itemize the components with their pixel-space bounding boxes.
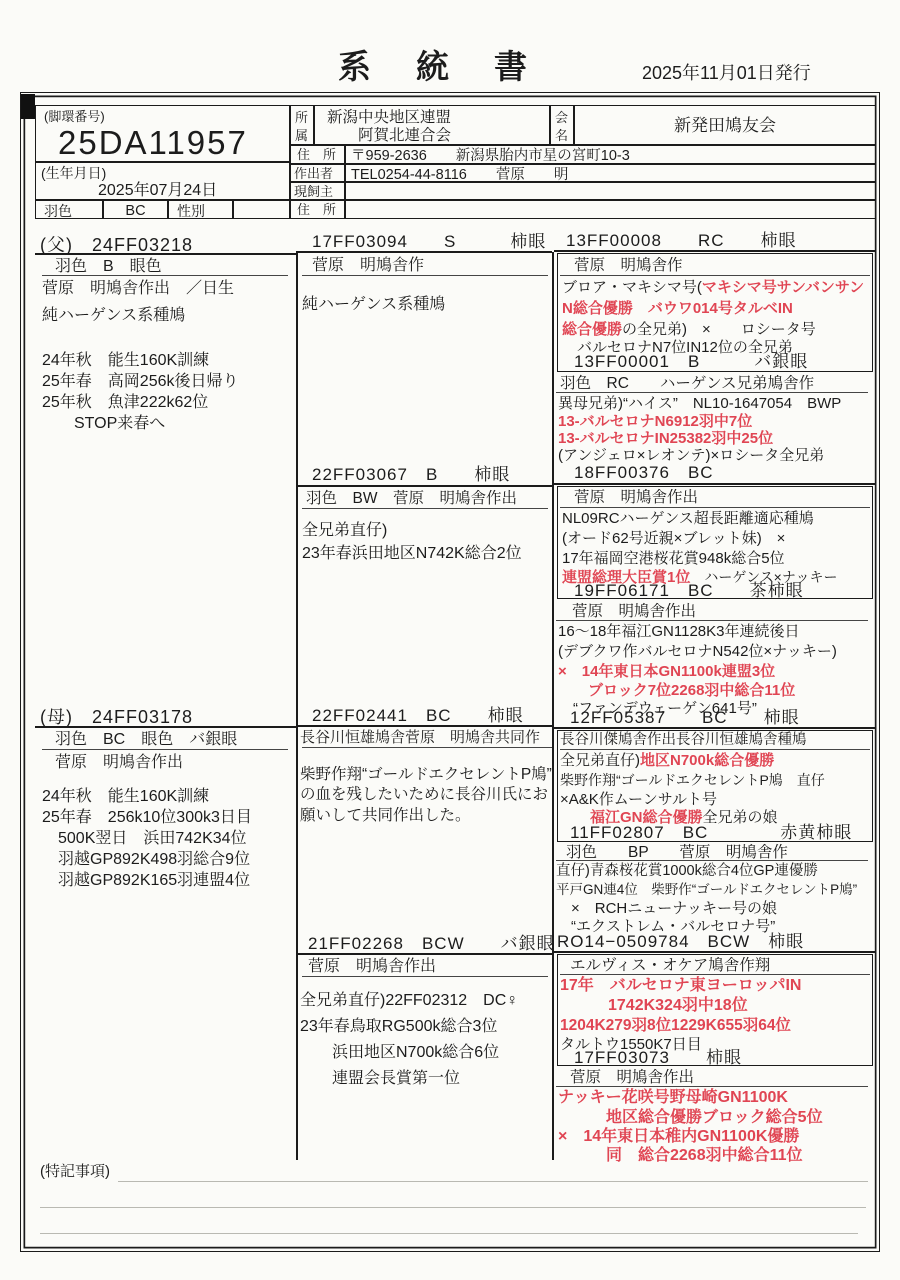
document-title: 系 統 書: [338, 46, 533, 89]
address2-label: 住 所: [297, 202, 336, 219]
pat-grandfather-breeder: 菅原 明鳩舎作: [312, 256, 424, 277]
ggp7-line1-red: 17年 バルセロナ東ヨーロッパIN: [560, 977, 801, 994]
mother-ring-underline: [35, 726, 296, 728]
ggp1-ring: 13FF00008 RC 柿眼: [566, 230, 797, 252]
ggp8-line2-red: 地区総合優勝ブロック総合5位: [558, 1109, 823, 1126]
ggp3-ring: 18FF00376 BC: [574, 462, 714, 484]
pat-grandmother-underline: [296, 485, 552, 487]
mat-grandmother-note: 全兄弟直仔)22FF02312 DC♀ 23年春鳥取RG500k総合3位 浜田地…: [300, 988, 518, 1092]
issue-date: 2025年11月01日発行: [642, 62, 811, 85]
pat-grandfather-note: 純ハーゲンス系種鳩: [302, 295, 445, 316]
ggp7-breeder-underline: [560, 974, 870, 975]
pat-grandmother-breeder: 羽色 BW 菅原 明鳩舎作出: [306, 489, 517, 509]
club-name: 新発田鳩友会: [575, 115, 875, 137]
birthdate-label: (生年月日): [41, 164, 106, 182]
pat-grandfather-ring: 17FF03094 S 柿眼: [312, 231, 546, 253]
club-name-cell: 新発田鳩友会: [574, 105, 876, 145]
sex-value-cell: [233, 200, 290, 219]
ggp4-line3-red: × 14年東日本GN1100k連盟3位: [558, 663, 775, 680]
ggp3-line2: (オード62号近親×ブレット妹) ×: [562, 530, 785, 547]
birthdate-value: 2025年07月24日: [98, 181, 217, 202]
pat-grandfather-underline: [296, 251, 552, 253]
ggp2-ring: 13FF00001 B バ銀眼: [574, 351, 808, 373]
ggp2-line3-red: 13-バルセロナIN25382羽中25位: [558, 430, 773, 447]
ggp5-ring-underline: [554, 727, 876, 729]
ggp6-line2: 平戸GN連4位 柴野作“ゴールドエクセレントP鳩”: [556, 882, 857, 897]
address-label-cell: 住 所: [290, 145, 345, 164]
column-divider-2: [552, 252, 554, 1160]
ggp1-ring-underline: [554, 250, 876, 252]
ggp3-line1: NL09RCハーゲンス超長距離適応種鳩: [562, 510, 814, 527]
ggp6-colorline-underline: [556, 860, 868, 861]
mother-results: 24年秋 能生160K訓練 25年春 256k10位300k3日目 500K翌日…: [42, 786, 252, 892]
ggp5-ring: 12FF05387 BC 柿眼: [570, 707, 800, 729]
keeper-label: 現飼主: [294, 184, 333, 201]
ggp1-line1-red: マキシマ号サンバンサン: [702, 279, 864, 296]
keeper-label-cell: 現飼主: [290, 182, 345, 200]
mother-maker-line: 菅原 明鳩舎作出: [55, 753, 183, 774]
mat-grandfather-breeder-underline: [302, 747, 552, 748]
ggp8-ring: 17FF03073 柿眼: [574, 1047, 742, 1069]
feather-color-label-cell: 羽色: [35, 200, 103, 219]
father-strain: 純ハーゲンス系種鳩: [42, 306, 185, 327]
ggp3-ring-underline: [554, 483, 876, 485]
feather-color-label: 羽色: [44, 202, 72, 220]
sex-label-cell: 性別: [168, 200, 233, 219]
ggp5-breeder: 長谷川傑鳩舎作出長谷川恒雄鳩舎種鳩: [560, 731, 807, 750]
affiliation-label-cell: 所属: [290, 105, 314, 145]
feather-color-value: BC: [104, 202, 167, 221]
ggp3-breeder: 菅原 明鳩舎作出: [574, 488, 698, 508]
mother-color-line: 羽色 BC 眼色 バ銀眼: [55, 730, 237, 751]
father-color-underline: [42, 275, 288, 276]
ggp5-line1-black: 全兄弟直仔): [560, 752, 640, 769]
ggp7-ring: RO14−0509784 BCW 柿眼: [557, 931, 804, 953]
ring-number-value: 25DA11957: [58, 122, 248, 165]
ggp1-line3-black: の全兄弟) × ロシータ号: [622, 321, 816, 338]
ggp2-line2-red: 13-バルセロナN6912羽中7位: [558, 413, 752, 430]
ggp6-line1: 直仔)青森桜花賞1000k総合4位GP連優勝: [556, 863, 818, 879]
club-label: 会名: [555, 109, 569, 144]
father-maker-line: 菅原 明鳩舎作出 ／日生: [42, 279, 234, 300]
address2-label-cell: 住 所: [290, 200, 345, 219]
maker-label-cell: 作出者: [290, 164, 345, 182]
ggp8-line3-red: × 14年東日本稚内GN1100K優勝: [558, 1128, 799, 1145]
ggp4-line2: (デブクワ作バルセロナN542位×ナッキー): [558, 643, 837, 660]
ggp1-line2-red: N総合優勝 バウワ014号タルベIN: [562, 300, 793, 317]
pat-grandmother-note: 全兄弟直仔) 23年春浜田地区N742K総合2位: [302, 519, 522, 565]
mat-grandfather-underline: [296, 725, 552, 727]
mat-grandmother-breeder: 菅原 明鳩舎作出: [308, 957, 436, 978]
father-results: 24年秋 能生160K訓練 25年春 高岡256k後日帰り 25年秋 魚津222…: [42, 350, 239, 434]
keeper-cell: [345, 182, 876, 200]
mat-grandfather-breeder: 長谷川恒雄鳩舎菅原 明鳩舎共同作: [300, 728, 540, 748]
ggp4-breeder-underline: [556, 620, 868, 621]
ggp2-colorline-underline: [556, 392, 868, 393]
mother-color-underline: [42, 749, 288, 750]
affiliation-line2: 阿賀北連合会: [327, 126, 451, 146]
pat-grandfather-breeder-underline: [302, 275, 548, 276]
affiliation-label: 所属: [295, 109, 309, 144]
ggp1-line1-black: ブロア・マキシマ号(: [562, 279, 702, 296]
ggp7-line2-red: 1742K324羽中18位: [560, 997, 748, 1014]
mat-grandmother-underline: [296, 953, 552, 955]
notes-rule-1: [118, 1181, 868, 1182]
special-notes-label: (特記事項): [40, 1162, 110, 1182]
ggp5-line2: 柴野作翔“ゴールドエクセレントP鳩 直仔: [560, 772, 825, 788]
birthdate-cell: (生年月日) 2025年07月24日: [35, 162, 290, 200]
mat-grandfather-note: 柴野作翔“ゴールドエクセレントP鳩” の血を残したいために長谷川氏にお 願いして…: [300, 765, 552, 826]
ggp4-line1: 16〜18年福江GN1128K3年連続後日: [558, 623, 799, 640]
scan-artifact: [21, 94, 35, 119]
ggp3-breeder-underline: [560, 507, 870, 508]
ring-number-cell: (脚環番号) 25DA11957: [35, 105, 290, 162]
ggp7-ring-underline: [554, 951, 876, 953]
father-ring-underline: [35, 253, 296, 255]
address-cell: 〒959-2636 新潟県胎内市星の宮町10-3: [345, 145, 876, 164]
ggp6-line3: × RCHニューナッキー号の娘: [556, 900, 777, 917]
notes-rule-3: [40, 1233, 858, 1234]
notes-rule-2: [40, 1207, 866, 1208]
ggp5-line3: ×A&K作ムーンサルト号: [560, 791, 717, 808]
club-label-cell: 会名: [550, 105, 574, 145]
ggp4-line4-red: ブロック7位2268羽中総合11位: [558, 682, 795, 699]
ggp5-breeder-underline: [560, 749, 870, 750]
ggp4-ring: 19FF06171 BC 茶柿眼: [574, 580, 804, 602]
ggp8-line4-red: 同 総合2268羽中総合11位: [558, 1147, 803, 1164]
ggp3-line3: 17年福岡空港桜花賞948k総合5位: [562, 550, 785, 567]
pat-grandmother-breeder-underline: [302, 508, 548, 509]
sex-label: 性別: [177, 202, 205, 220]
ggp8-breeder-underline: [556, 1086, 868, 1087]
ggp1-breeder: 菅原 明鳩舎作: [574, 256, 683, 276]
ggp6-ring: 11FF02807 BC 赤黄柿眼: [570, 822, 852, 844]
maker-cell: TEL0254-44-8116 菅原 明: [345, 164, 876, 182]
maker-label: 作出者: [294, 166, 333, 183]
mat-grandmother-breeder-underline: [302, 976, 548, 977]
mat-grandfather-ring: 22FF02441 BC 柿眼: [312, 705, 524, 727]
ggp8-line1-red: ナッキー花咲号野母崎GN1100K: [558, 1089, 788, 1106]
pat-grandmother-ring: 22FF03067 B 柿眼: [312, 464, 510, 486]
ggp5-line1-red: 地区N700k総合優勝: [640, 752, 774, 769]
mat-grandmother-ring: 21FF02268 BCW バ銀眼: [308, 933, 555, 955]
column-divider-1: [296, 252, 298, 1160]
address2-cell: [345, 200, 876, 219]
ggp2-line1: 異母兄弟)“ハイス” NL10-1647054 BWP: [558, 395, 841, 412]
ggp1-line3-red: 総合優勝: [562, 321, 622, 338]
ggp7-line3-red: 1204K279羽8位1229K655羽64位: [560, 1017, 791, 1034]
feather-color-value-cell: BC: [103, 200, 168, 219]
address-label: 住 所: [297, 147, 336, 164]
affiliation-cell: 新潟中央地区連盟 阿賀北連合会: [314, 105, 550, 145]
ggp1-breeder-underline: [560, 275, 870, 276]
pedigree-certificate-sheet: 系 統 書 2025年11月01日発行 (脚環番号) 25DA11957 所属 …: [0, 0, 900, 1280]
